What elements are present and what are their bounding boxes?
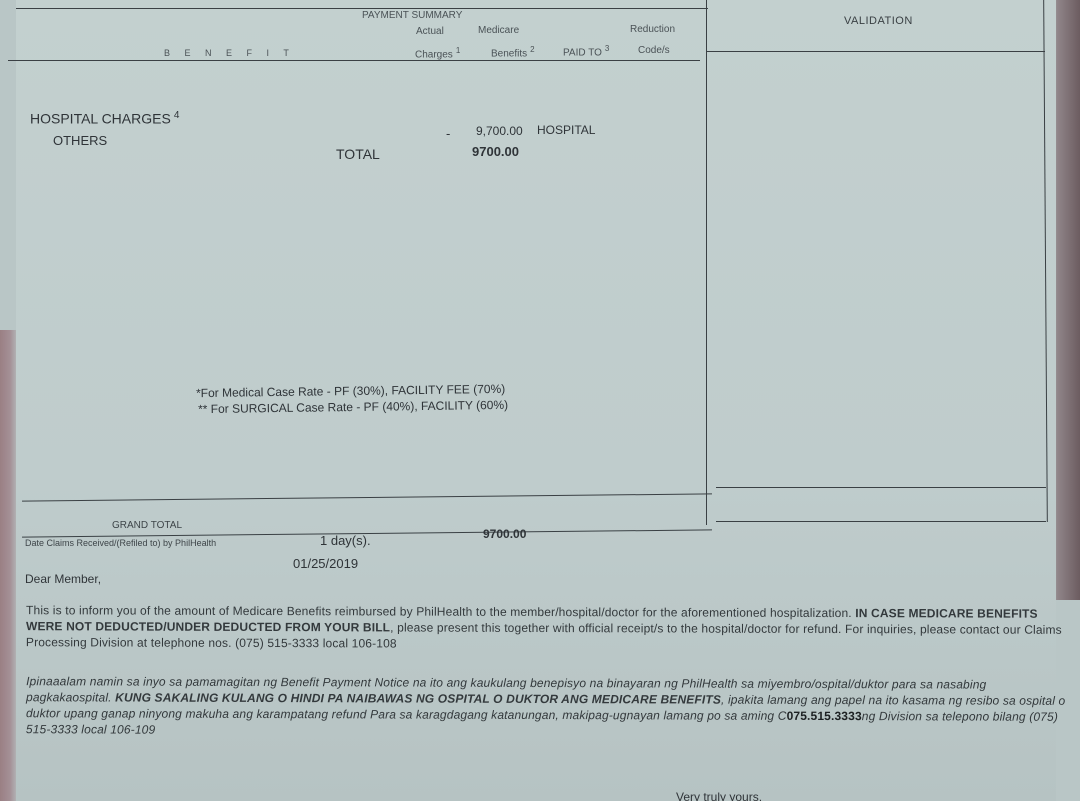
- footnote-surgical-case-rate: ** For SURGICAL Case Rate - PF (40%), FA…: [198, 398, 508, 416]
- salutation: Dear Member,: [25, 572, 101, 586]
- grand-total-label: GRAND TOTAL: [112, 520, 182, 531]
- filipino-bold-text: KUNG SAKALING KULANG O HINDI PA NAIBAWAS…: [115, 690, 721, 706]
- english-text-1: This is to inform you of the amount of M…: [26, 603, 855, 620]
- rule-header-bottom: [8, 60, 700, 61]
- rule-top: [16, 8, 708, 9]
- claims-date: 01/25/2019: [293, 556, 358, 571]
- total-value: 9700.00: [472, 144, 519, 159]
- col-reduction-line2: Code/s: [638, 45, 670, 56]
- col-actual-charges: Charges1: [415, 46, 460, 60]
- col-actual-line2: Charges: [415, 49, 453, 60]
- col-medicare-benefits: Benefits2: [491, 45, 535, 59]
- col-medicare-line2: Benefits: [491, 48, 527, 59]
- validation-header-rule: [707, 51, 1045, 52]
- letter-english-paragraph: This is to inform you of the amount of M…: [26, 602, 1066, 654]
- overprinted-phone: 075.515.3333: [787, 709, 862, 723]
- col-paid-to: PAID TO3: [563, 44, 609, 58]
- section-hospital-charges: HOSPITAL CHARGES4: [30, 110, 179, 127]
- footnote-marker-1: 1: [456, 46, 460, 55]
- col-paid-to-label: PAID TO: [563, 47, 602, 58]
- footnote-marker-4: 4: [174, 110, 180, 121]
- row-actual-charges: -: [446, 126, 450, 141]
- payment-summary-title: PAYMENT SUMMARY: [362, 10, 462, 21]
- validation-label: VALIDATION: [844, 15, 913, 27]
- validation-rule-lower: [716, 487, 1046, 488]
- col-medicare-line1: Medicare: [478, 25, 519, 36]
- row-paid-to: HOSPITAL: [537, 123, 595, 137]
- rule-grand-total-top: [22, 493, 712, 501]
- total-label: TOTAL: [336, 146, 380, 162]
- row-benefit: OTHERS: [53, 133, 107, 148]
- footnote-marker-3: 3: [605, 44, 609, 53]
- section-label: HOSPITAL CHARGES: [30, 111, 171, 127]
- col-benefit: B E N E F I T: [164, 48, 295, 58]
- closing: Very truly yours,: [676, 790, 762, 801]
- validation-rule-bottom: [716, 521, 1046, 522]
- benefit-payment-notice: PAYMENT SUMMARY Actual Medicare Reductio…: [16, 0, 1056, 801]
- row-medicare-benefits: 9,700.00: [476, 124, 523, 138]
- col-actual-line1: Actual: [416, 26, 444, 37]
- grand-total-value: 9700.00: [483, 527, 526, 541]
- footnote-marker-2: 2: [530, 45, 534, 54]
- validation-border-left: [706, 0, 707, 525]
- letter-filipino-paragraph: Ipinaaalam namin sa inyo sa pamamagitan …: [26, 673, 1066, 741]
- validation-border-right: [1043, 0, 1048, 522]
- date-claims-received-label: Date Claims Received/(Refiled to) by Phi…: [25, 538, 216, 548]
- col-reduction-line1: Reduction: [630, 24, 675, 35]
- footnote-medical-case-rate: *For Medical Case Rate - PF (30%), FACIL…: [196, 382, 505, 400]
- claims-duration: 1 day(s).: [320, 533, 371, 548]
